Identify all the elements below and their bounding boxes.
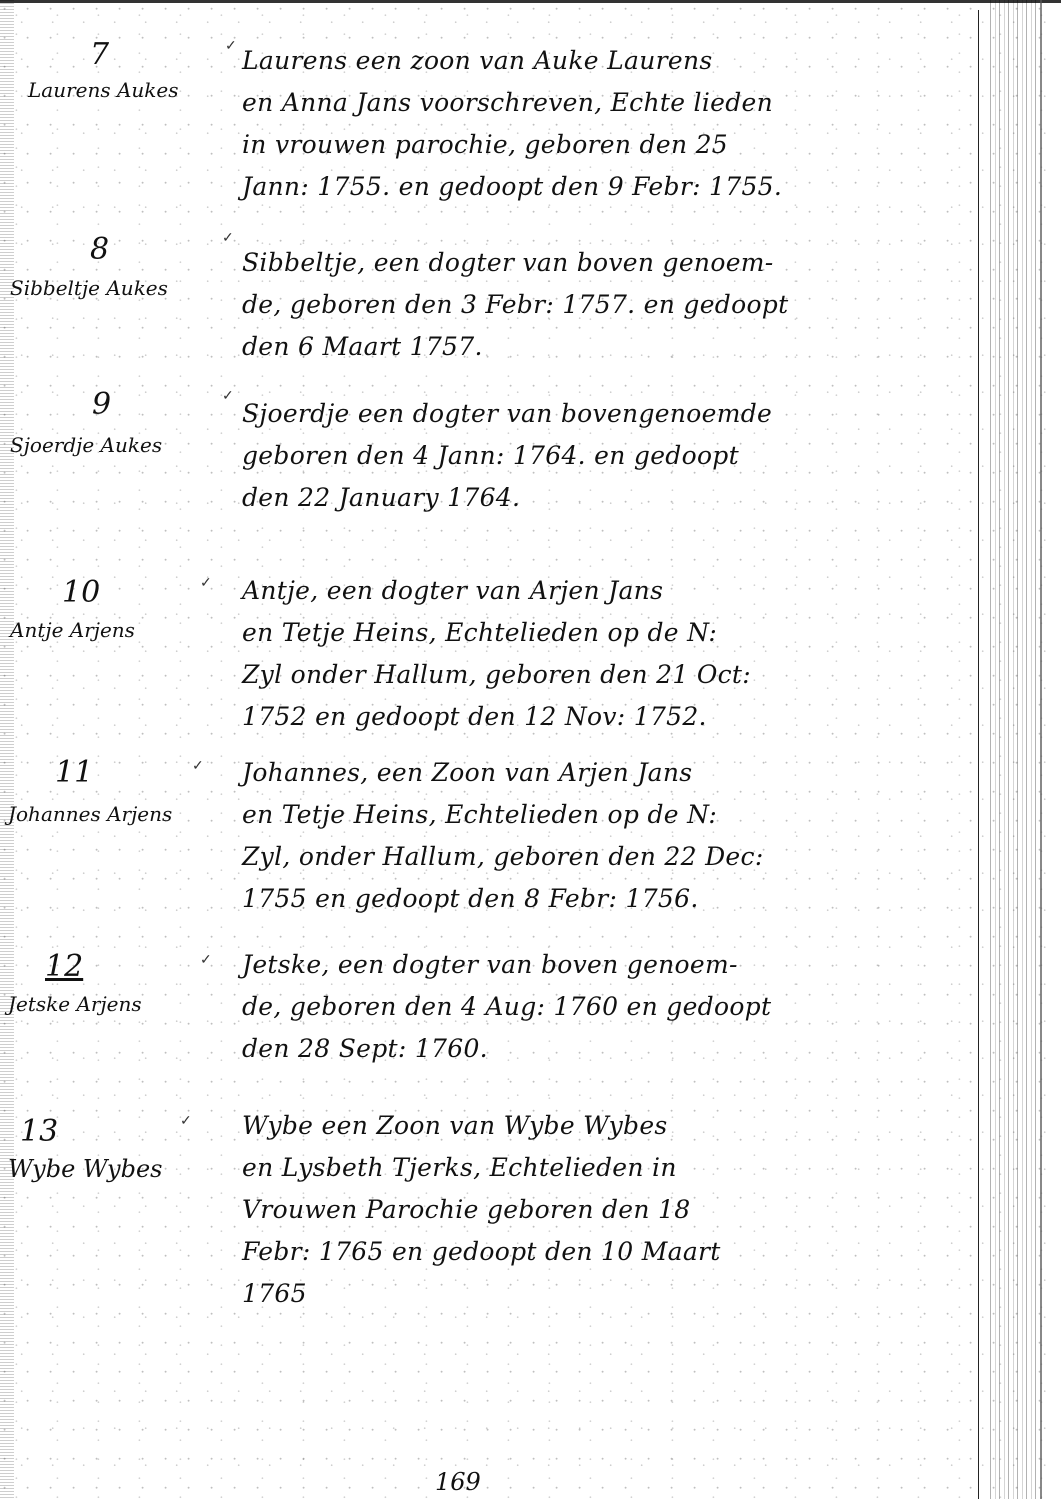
check-mark-icon: ✓ xyxy=(225,38,237,54)
check-mark-icon: ✓ xyxy=(222,230,234,246)
entry-line: Jann: 1755. en gedoopt den 9 Febr: 1755. xyxy=(242,166,782,208)
margin-name: Sibbeltje Aukes xyxy=(10,276,168,300)
entry-line: de, geboren den 4 Aug: 1760 en gedoopt xyxy=(242,986,771,1028)
entry-number: 13 xyxy=(20,1117,58,1147)
entry-line: in vrouwen parochie, geboren den 25 xyxy=(242,124,782,166)
entry-line: Zyl, onder Hallum, geboren den 22 Dec: xyxy=(242,836,764,878)
margin-name: Laurens Aukes xyxy=(28,78,179,102)
entry-text: Laurens een zoon van Auke Laurens en Ann… xyxy=(242,40,782,208)
entry-line: de, geboren den 3 Febr: 1757. en gedoopt xyxy=(242,284,788,326)
entry-line: en Tetje Heins, Echtelieden op de N: xyxy=(242,612,751,654)
check-mark-icon: ✓ xyxy=(200,575,212,591)
entry-number: 7 xyxy=(90,40,109,70)
entry-line: Vrouwen Parochie geboren den 18 xyxy=(242,1189,721,1231)
entry-text: Jetske, een dogter van boven genoem- de,… xyxy=(242,944,771,1070)
entry-line: Jetske, een dogter van boven genoem- xyxy=(242,944,771,986)
entry-line: en Anna Jans voorschreven, Echte lieden xyxy=(242,82,782,124)
entry-line: Antje, een dogter van Arjen Jans xyxy=(242,570,751,612)
entry-line: 1765 xyxy=(242,1273,721,1315)
entry-line: Wybe een Zoon van Wybe Wybes xyxy=(242,1105,721,1147)
check-mark-icon: ✓ xyxy=(222,388,234,404)
entry-line: Sjoerdje een dogter van bovengenoemde xyxy=(242,393,772,435)
entry-line: den 22 January 1764. xyxy=(242,477,772,519)
entry-line: 1752 en gedoopt den 12 Nov: 1752. xyxy=(242,696,751,738)
page-edge-line xyxy=(1040,0,1042,1499)
margin-name: Wybe Wybes xyxy=(8,1155,162,1183)
entry-text: Wybe een Zoon van Wybe Wybes en Lysbeth … xyxy=(242,1105,721,1315)
entry-line: en Tetje Heins, Echtelieden op de N: xyxy=(242,794,764,836)
entry-number: 8 xyxy=(90,235,109,265)
check-mark-icon: ✓ xyxy=(180,1113,192,1129)
entry-text: Sibbeltje, een dogter van boven genoem- … xyxy=(242,242,788,368)
check-mark-icon: ✓ xyxy=(200,952,212,968)
entry-line: den 28 Sept: 1760. xyxy=(242,1028,771,1070)
entry-number: 9 xyxy=(92,390,111,420)
margin-name: Jetske Arjens xyxy=(8,992,142,1016)
entry-line: den 6 Maart 1757. xyxy=(242,326,788,368)
entry-line: Laurens een zoon van Auke Laurens xyxy=(242,40,782,82)
entry-line: Zyl onder Hallum, geboren den 21 Oct: xyxy=(242,654,751,696)
entry-number: 12 xyxy=(45,952,83,982)
entry-text: Antje, een dogter van Arjen Jans en Tetj… xyxy=(242,570,751,738)
entry-number: 10 xyxy=(62,578,100,608)
page-left-edge-shadow xyxy=(0,0,14,1499)
entry-text: Johannes, een Zoon van Arjen Jans en Tet… xyxy=(242,752,764,920)
page-number: 169 xyxy=(435,1468,481,1496)
check-mark-icon: ✓ xyxy=(192,758,204,774)
entry-line: 1755 en gedoopt den 8 Febr: 1756. xyxy=(242,878,764,920)
entry-line: geboren den 4 Jann: 1764. en gedoopt xyxy=(242,435,772,477)
margin-name: Johannes Arjens xyxy=(8,802,172,826)
entry-line: Febr: 1765 en gedoopt den 10 Maart xyxy=(242,1231,721,1273)
right-margin-rule xyxy=(978,10,979,1499)
entry-line: Sibbeltje, een dogter van boven genoem- xyxy=(242,242,788,284)
entry-text: Sjoerdje een dogter van bovengenoemde ge… xyxy=(242,393,772,519)
entry-line: Johannes, een Zoon van Arjen Jans xyxy=(242,752,764,794)
entry-number: 11 xyxy=(55,758,93,788)
entry-line: en Lysbeth Tjerks, Echtelieden in xyxy=(242,1147,721,1189)
binding-gutter xyxy=(990,0,1038,1499)
margin-name: Sjoerdje Aukes xyxy=(10,433,162,457)
margin-name: Antje Arjens xyxy=(10,618,135,642)
page-top-edge xyxy=(0,0,1061,3)
